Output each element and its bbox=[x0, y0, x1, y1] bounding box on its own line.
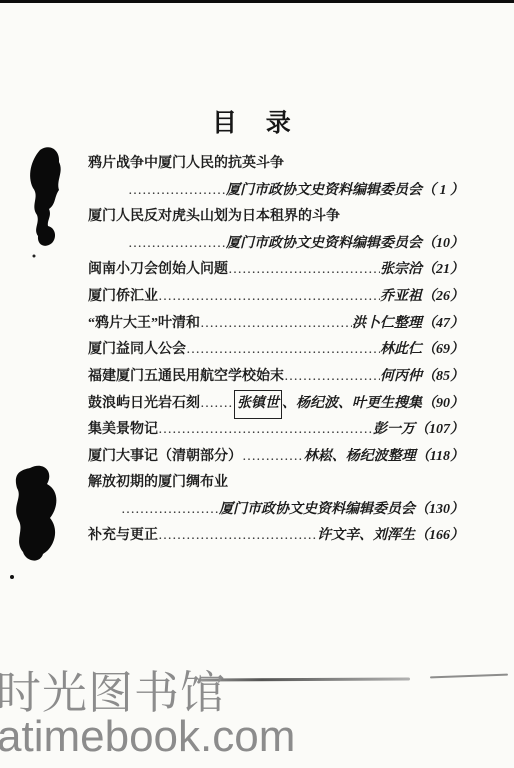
leader-dots: …………………………………………………………………… bbox=[158, 523, 317, 550]
entry-title: 集美景物记 bbox=[88, 417, 158, 444]
toc-entry: “鸦片大王”叶清和 …………………………………………………………………… 洪卜仁… bbox=[88, 311, 464, 338]
entry-title: “鸦片大王”叶清和 bbox=[88, 311, 200, 338]
entry-author: 林此仁 bbox=[380, 337, 422, 364]
entry-author: 林崧、杨纪波整理 bbox=[304, 444, 416, 471]
leader-dots: ………………… bbox=[128, 236, 226, 251]
toc-entry: 厦门侨汇业 …………………………………………………………………… 乔亚祖（26） bbox=[88, 284, 464, 311]
leader-dots: …………………………………………………………………… bbox=[200, 391, 234, 418]
entry-page-number: （10） bbox=[422, 236, 464, 251]
toc-entry: 厦门大事记（清朝部分） …………………………………………………………………… 林… bbox=[88, 444, 464, 471]
toc-entry-continuation: …………………厦门市政协文史资料编辑委员会（10） bbox=[88, 231, 464, 258]
toc-entry-continuation: …………………厦门市政协文史资料编辑委员会（ 1 ） bbox=[88, 178, 464, 205]
entry-author: 张宗洽 bbox=[380, 257, 422, 284]
leader-dots: …………………………………………………………………… bbox=[200, 311, 352, 338]
entry-title: 闽南小刀会创始人问题 bbox=[88, 257, 228, 284]
entry-page-number: （90） bbox=[422, 391, 464, 418]
leader-dots: …………………………………………………………………… bbox=[158, 417, 373, 444]
scan-scratch bbox=[430, 674, 508, 679]
watermark-text-url: atimebook.com bbox=[0, 712, 295, 762]
leader-dots: …………………………………………………………………… bbox=[186, 337, 380, 364]
entry-title: 厦门侨汇业 bbox=[88, 284, 158, 311]
toc-entry: 厦门益同人公会 …………………………………………………………………… 林此仁（6… bbox=[88, 337, 464, 364]
entry-page-number: （107） bbox=[415, 417, 464, 444]
entry-page-number: （47） bbox=[422, 311, 464, 338]
toc-entry: 补充与更正 …………………………………………………………………… 许文辛、刘浑生… bbox=[88, 523, 464, 550]
entry-author-boxed-deceased: 张镇世 bbox=[234, 390, 282, 419]
toc-entry: 鼓浪屿日光岩石刻 …………………………………………………………………… 张镇世、… bbox=[88, 390, 464, 417]
entry-title: 厦门益同人公会 bbox=[88, 337, 186, 364]
entry-title: 鼓浪屿日光岩石刻 bbox=[88, 391, 200, 418]
scan-scratch bbox=[198, 677, 410, 681]
entry-page-number: （85） bbox=[422, 364, 464, 391]
entry-title: 鸦片战争中厦门人民的抗英斗争 bbox=[88, 151, 284, 178]
entry-author: 厦门市政协文史资料编辑委员会 bbox=[219, 502, 415, 517]
entry-page-number: （166） bbox=[415, 523, 464, 550]
entry-title: 福建厦门五通民用航空学校始末 bbox=[88, 364, 284, 391]
leader-dots: …………………………………………………………………… bbox=[158, 284, 380, 311]
ink-blot bbox=[16, 466, 57, 561]
leader-dots: …………………………………………………………………… bbox=[284, 364, 380, 391]
toc-entry: 解放初期的厦门绸布业 bbox=[88, 470, 464, 497]
entry-author: 许文辛、刘浑生 bbox=[317, 523, 415, 550]
entry-author: 厦门市政协文史资料编辑委员会 bbox=[226, 236, 422, 251]
entry-title: 补充与更正 bbox=[88, 523, 158, 550]
leader-dots: …………………………………………………………………… bbox=[242, 444, 304, 471]
page-title: 目 录 bbox=[0, 103, 514, 139]
toc-entry: 鸦片战争中厦门人民的抗英斗争 bbox=[88, 151, 464, 178]
toc-entry-continuation: …………………厦门市政协文史资料编辑委员会（130） bbox=[88, 497, 464, 524]
toc-entry: 闽南小刀会创始人问题 …………………………………………………………………… 张宗… bbox=[88, 257, 464, 284]
scanned-page: 目 录 鸦片战争中厦门人民的抗英斗争 …………………厦门市政协文史资料编辑委员会… bbox=[0, 0, 514, 768]
entry-page-number: （21） bbox=[422, 257, 464, 284]
ink-blot bbox=[30, 147, 61, 246]
entry-title: 厦门大事记（清朝部分） bbox=[88, 444, 242, 471]
entry-title: 厦门人民反对虎头山划为日本租界的斗争 bbox=[88, 204, 340, 231]
toc-entry: 厦门人民反对虎头山划为日本租界的斗争 bbox=[88, 204, 464, 231]
entry-page-number: （118） bbox=[416, 444, 464, 471]
entry-page-number: （26） bbox=[422, 284, 464, 311]
leader-dots: ………………… bbox=[128, 183, 226, 198]
entry-title: 解放初期的厦门绸布业 bbox=[88, 470, 228, 497]
scan-top-border bbox=[0, 0, 514, 3]
entry-author: 、杨纪波、叶更生搜集 bbox=[282, 391, 422, 418]
entry-page-number: （ 1 ） bbox=[422, 183, 464, 198]
ink-speck bbox=[33, 255, 36, 258]
entry-page-number: （69） bbox=[422, 337, 464, 364]
entry-author: 乔亚祖 bbox=[380, 284, 422, 311]
toc-entry: 集美景物记 …………………………………………………………………… 彭一万（107… bbox=[88, 417, 464, 444]
toc-list: 鸦片战争中厦门人民的抗英斗争 …………………厦门市政协文史资料编辑委员会（ 1 … bbox=[88, 151, 464, 550]
entry-author: 彭一万 bbox=[373, 417, 415, 444]
entry-page-number: （130） bbox=[415, 502, 464, 517]
ink-speck bbox=[10, 575, 14, 579]
entry-author: 厦门市政协文史资料编辑委员会 bbox=[226, 183, 422, 198]
entry-author: 洪卜仁整理 bbox=[352, 311, 422, 338]
leader-dots: ………………… bbox=[121, 502, 219, 517]
entry-author: 何丙仲 bbox=[380, 364, 422, 391]
toc-entry: 福建厦门五通民用航空学校始末 …………………………………………………………………… bbox=[88, 364, 464, 391]
leader-dots: …………………………………………………………………… bbox=[228, 257, 380, 284]
